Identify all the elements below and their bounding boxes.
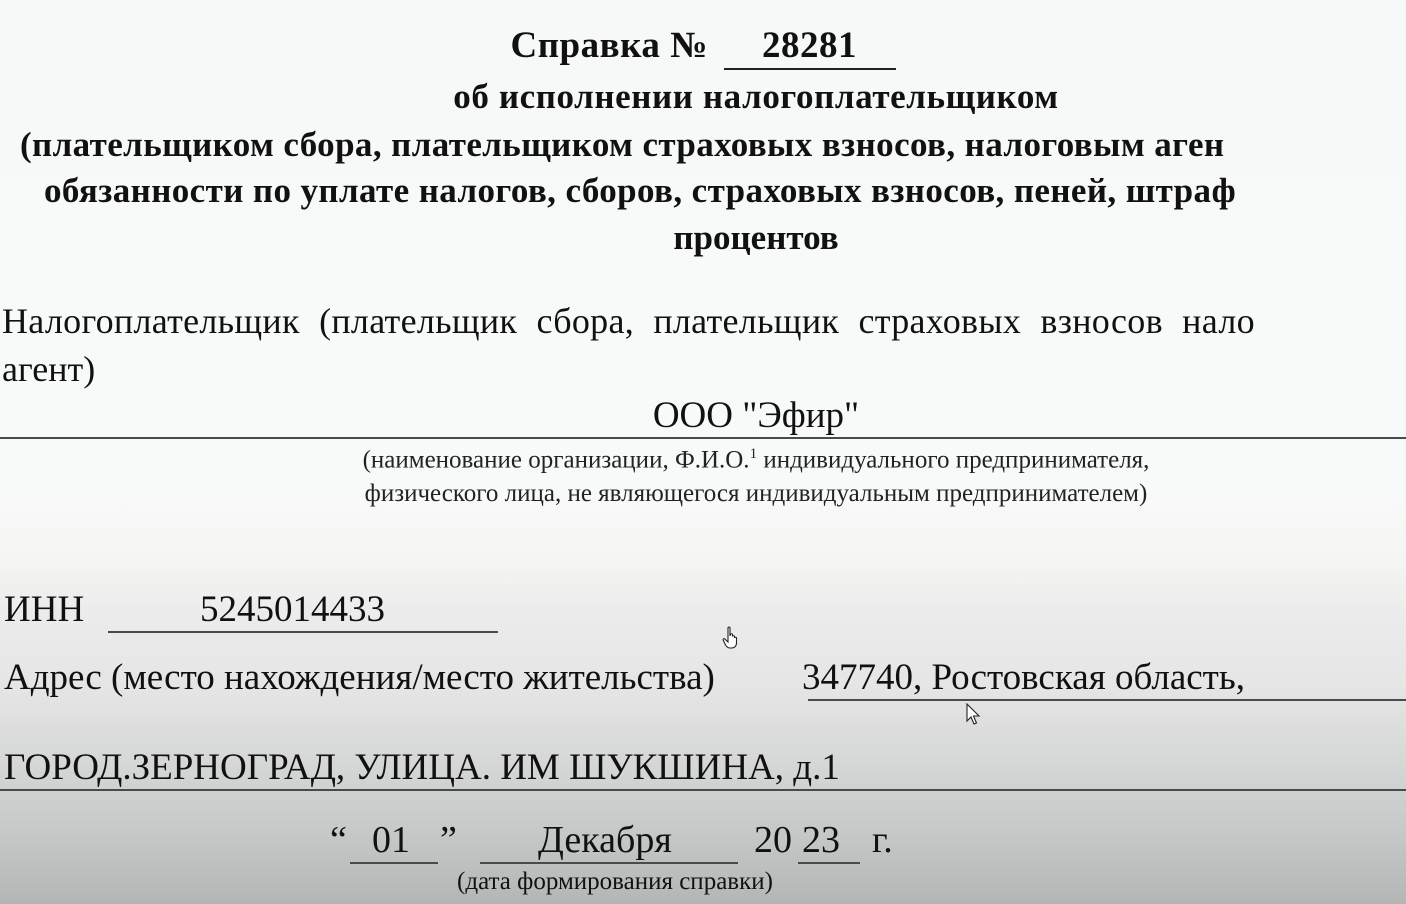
taxpayer-label-line-1: Налогоплательщик (плательщик сбора, плат… — [2, 300, 1255, 342]
inn-label: ИНН — [4, 588, 84, 631]
address-value-line-1: 347740, Ростовская область, — [802, 656, 1245, 699]
hand-pointer-icon — [722, 626, 740, 650]
arrow-pointer-icon — [966, 703, 984, 727]
certificate-subtitle-line-3: обязанности по уплате налогов, сборов, с… — [44, 171, 1236, 211]
address-label: Адрес (место нахождения/место жительства… — [4, 656, 715, 699]
date-year-underline — [798, 862, 860, 864]
address-underline-1 — [808, 699, 1406, 701]
address-underline-2 — [0, 789, 1406, 791]
inn-underline — [108, 631, 498, 633]
date-close-quote: ” — [440, 818, 457, 862]
certificate-title-prefix: Справка № — [510, 25, 707, 66]
date-year-unit: г. — [872, 818, 893, 862]
taxpayer-caption-text-cont: индивидуального предпринимателя, — [757, 446, 1149, 473]
date-year-suffix: 23 — [802, 818, 840, 862]
taxpayer-caption-line-2: физического лица, не являющегося индивид… — [0, 480, 1406, 508]
taxpayer-name: ООО "Эфир" — [0, 394, 1406, 437]
date-caption: (дата формирования справки) — [0, 868, 1230, 896]
footnote-marker: 1 — [750, 446, 758, 462]
taxpayer-caption-text: (наименование организации, Ф.И.О. — [363, 446, 750, 473]
date-day-underline — [350, 862, 438, 864]
date-month-underline — [480, 862, 738, 864]
taxpayer-label-line-2: агент) — [2, 348, 95, 390]
date-year-prefix: 20 — [754, 818, 792, 862]
date-open-quote: “ — [330, 818, 347, 862]
certificate-subtitle-line-1: об исполнении налогоплательщиком — [0, 77, 1406, 117]
address-value-line-2: ГОРОД.ЗЕРНОГРАД, УЛИЦА. ИМ ШУКШИНА, д.1 — [4, 746, 840, 789]
certificate-subtitle-line-2: (плательщиком сбора, плательщиком страхо… — [20, 125, 1224, 165]
inn-value: 5245014433 — [200, 588, 385, 631]
certificate-subtitle-line-4: процентов — [0, 218, 1406, 258]
certificate-title: Справка № 28281 — [0, 24, 1406, 70]
taxpayer-caption-line-1: (наименование организации, Ф.И.О.1 индив… — [0, 446, 1406, 474]
certificate-number: 28281 — [724, 24, 896, 70]
date-month: Декабря — [538, 818, 672, 862]
date-day: 01 — [372, 818, 410, 862]
taxpayer-name-underline — [0, 437, 1406, 439]
